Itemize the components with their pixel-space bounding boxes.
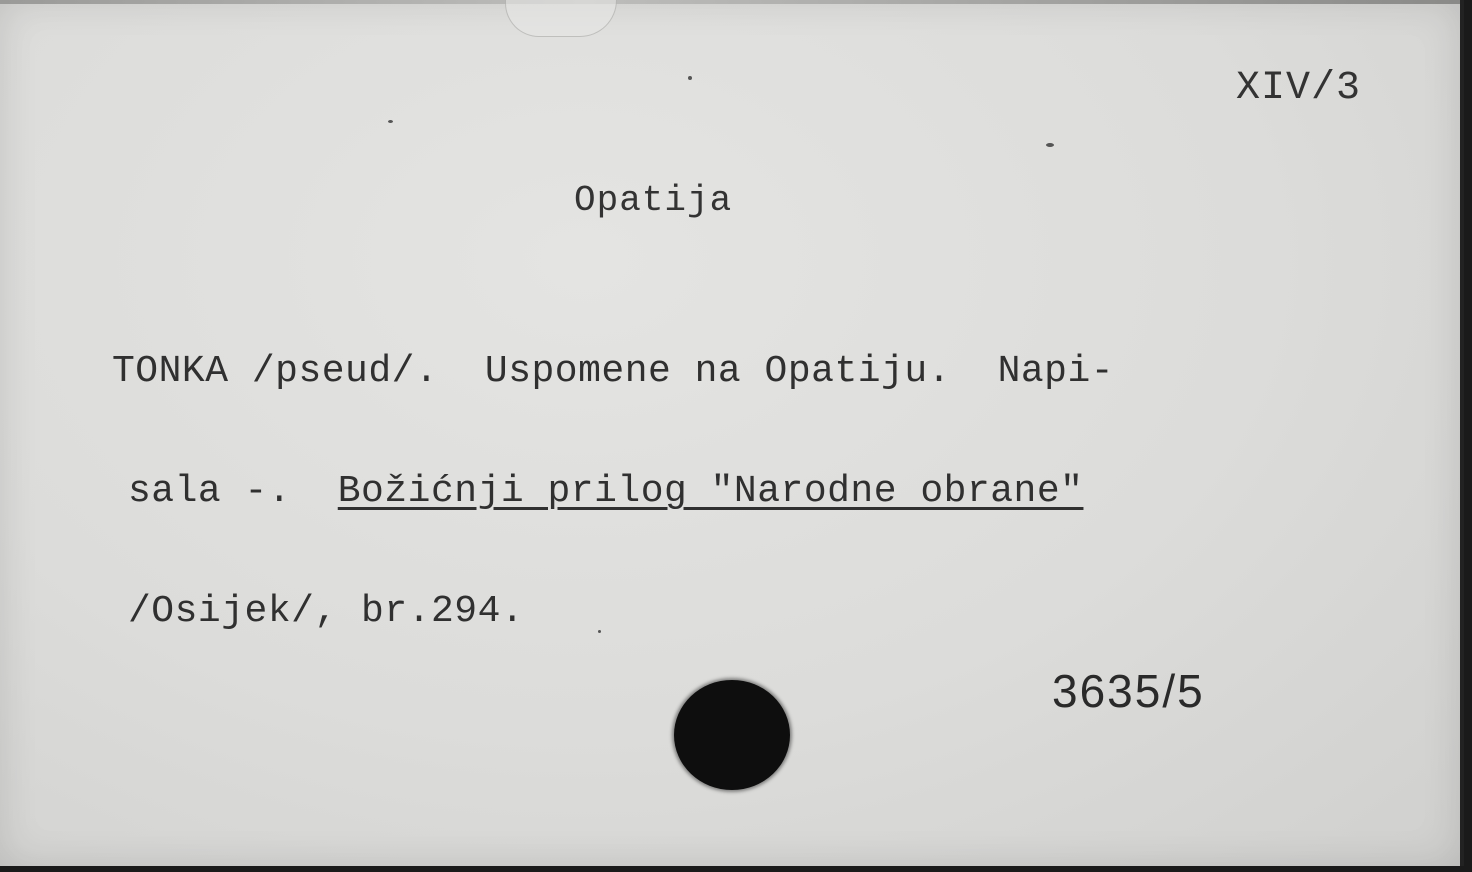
entry-line-2: sala -. Božićnji prilog "Narodne obrane": [112, 472, 1432, 512]
speck: [388, 120, 393, 123]
catalog-card: XIV/3 Opatija TONKA /pseud/. Uspomene na…: [0, 0, 1464, 866]
entry-title: Uspomene na Opatiju.: [485, 350, 951, 393]
entry-line-2-start: sala -.: [128, 470, 291, 513]
paper-stain: [505, 0, 617, 37]
subject-heading: Opatija: [574, 180, 732, 221]
speck: [1046, 143, 1054, 147]
punch-hole: [674, 680, 790, 790]
publication-place: /Osijek/,: [128, 590, 338, 633]
source-publication: Božićnji prilog "Narodne obrane": [338, 470, 1084, 513]
pseudonym-note: /pseud/.: [252, 350, 438, 393]
issue-number: br.294.: [361, 590, 524, 633]
entry-continuation: Napi-: [998, 350, 1115, 393]
accession-number: 3635/5: [1052, 664, 1205, 718]
speck: [688, 76, 692, 80]
entry-line-1: TONKA /pseud/. Uspomene na Opatiju. Napi…: [112, 352, 1432, 392]
call-number: XIV/3: [1236, 66, 1361, 111]
bibliographic-entry: TONKA /pseud/. Uspomene na Opatiju. Napi…: [112, 272, 1432, 712]
author-name: TONKA: [112, 350, 229, 393]
speck: [598, 630, 601, 633]
entry-line-3: /Osijek/, br.294.: [112, 592, 1432, 632]
